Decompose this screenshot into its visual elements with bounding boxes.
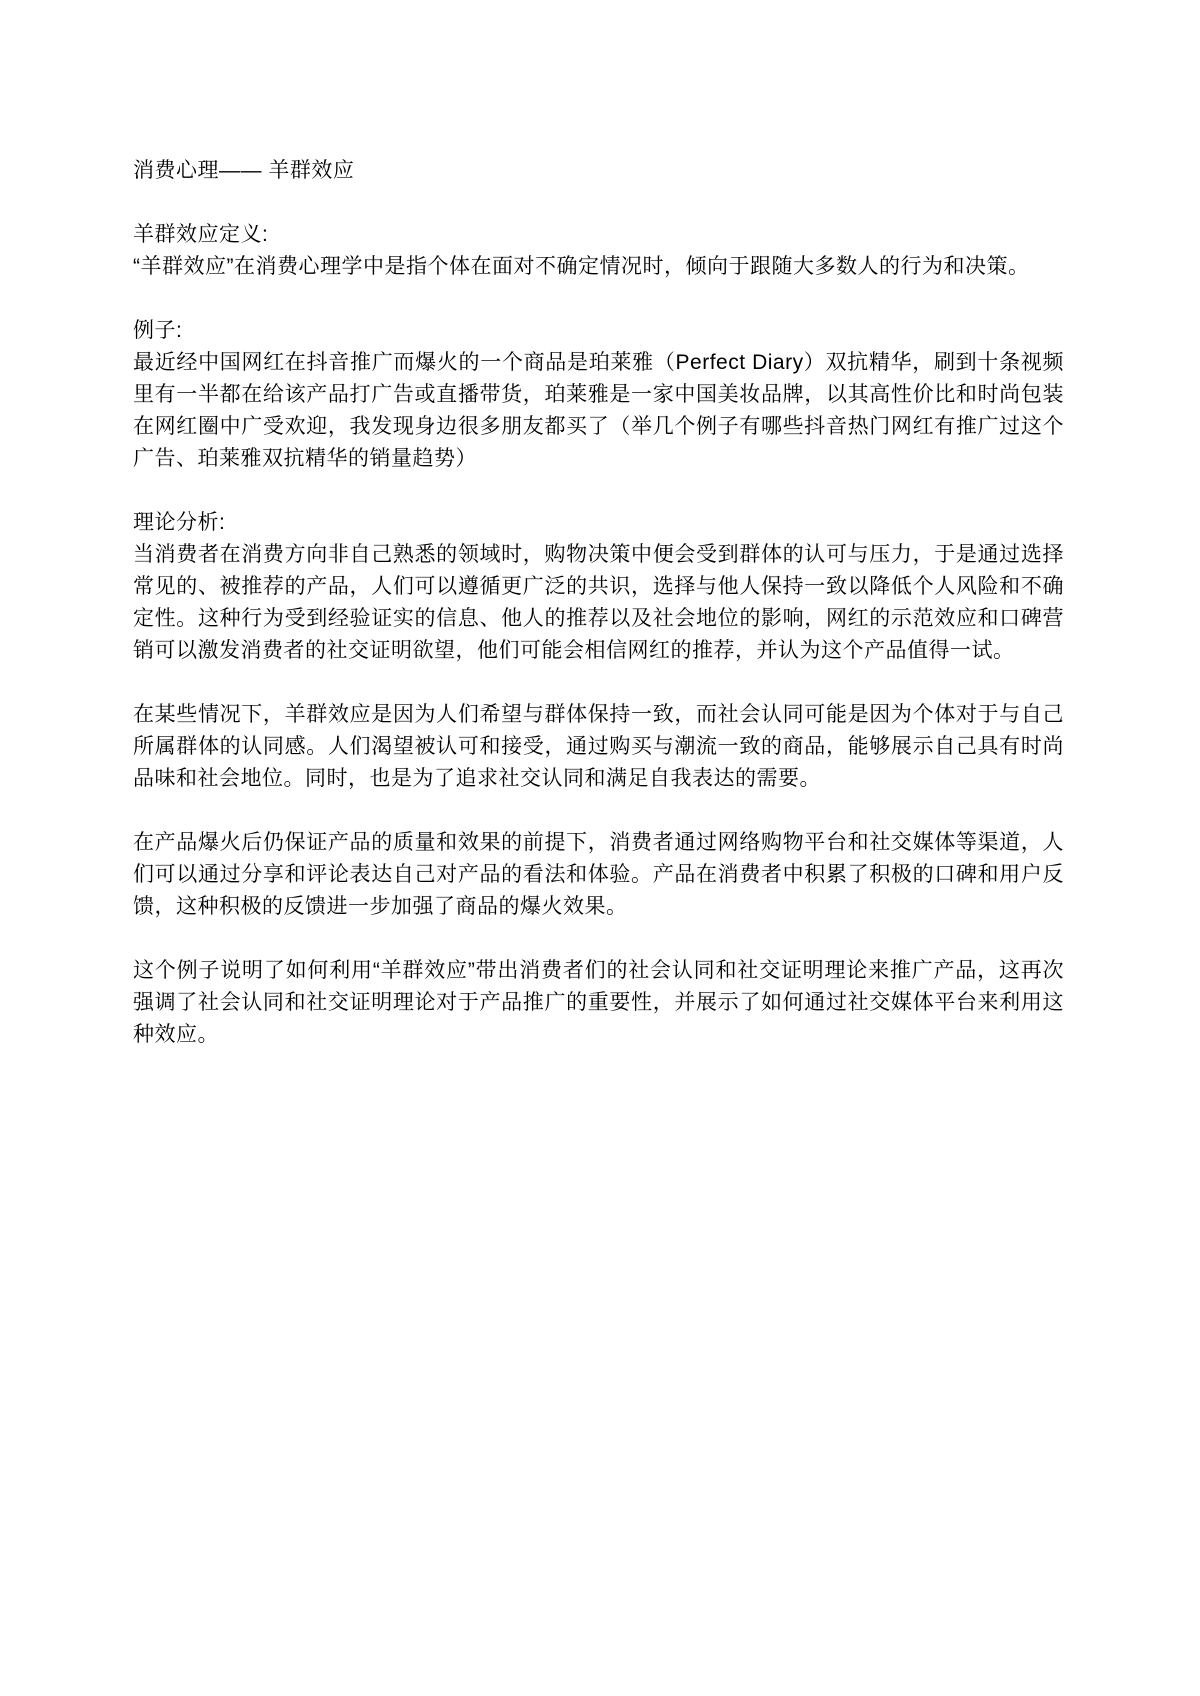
paragraph-word-of-mouth: 在产品爆火后仍保证产品的质量和效果的前提下，消费者通过网络购物平台和社交媒体等渠… — [133, 827, 1064, 923]
paragraph-conclusion: 这个例子说明了如何利用“羊群效应”带出消费者们的社会认同和社交证明理论来推广产品… — [133, 955, 1064, 1051]
definition-heading: 羊群效应定义: — [133, 219, 1064, 251]
theory-analysis-section: 理论分析: 当消费者在消费方向非自己熟悉的领域时，购物决策中便会受到群体的认可与… — [133, 507, 1064, 667]
example-body: 最近经中国网红在抖音推广而爆火的一个商品是珀莱雅（Perfect Diary）双… — [133, 347, 1064, 475]
example-heading: 例子: — [133, 315, 1064, 347]
document-page: 消费心理—— 羊群效应 羊群效应定义: “羊群效应”在消费心理学中是指个体在面对… — [0, 0, 1200, 1696]
example-section: 例子: 最近经中国网红在抖音推广而爆火的一个商品是珀莱雅（Perfect Dia… — [133, 315, 1064, 475]
paragraph-social-identity: 在某些情况下，羊群效应是因为人们希望与群体保持一致，而社会认同可能是因为个体对于… — [133, 699, 1064, 795]
theory-analysis-body: 当消费者在消费方向非自己熟悉的领域时，购物决策中便会受到群体的认可与压力，于是通… — [133, 539, 1064, 667]
document-title: 消费心理—— 羊群效应 — [133, 155, 1064, 187]
theory-analysis-heading: 理论分析: — [133, 507, 1064, 539]
definition-body: “羊群效应”在消费心理学中是指个体在面对不确定情况时，倾向于跟随大多数人的行为和… — [133, 251, 1064, 283]
definition-section: 羊群效应定义: “羊群效应”在消费心理学中是指个体在面对不确定情况时，倾向于跟随… — [133, 219, 1064, 283]
